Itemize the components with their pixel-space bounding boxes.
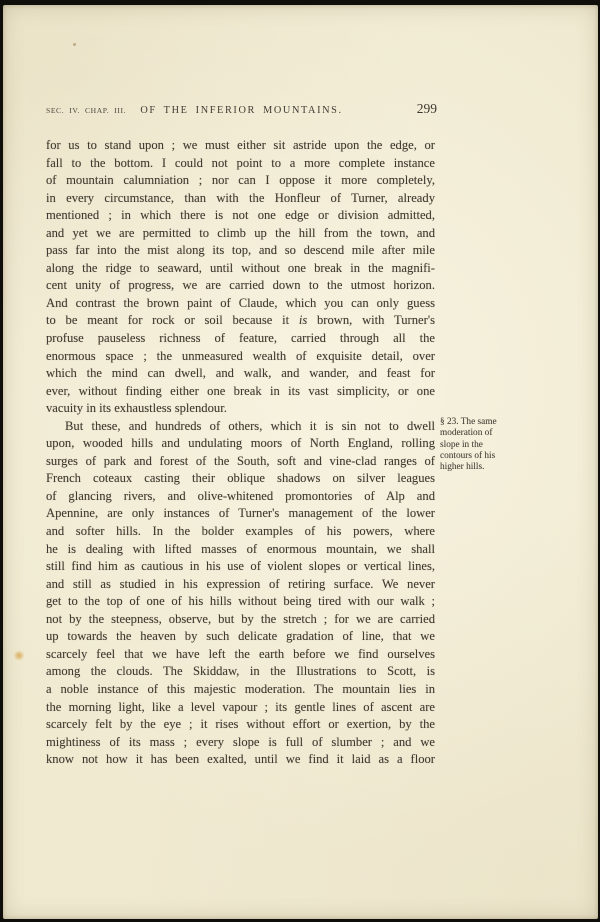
text-segment: which the mind can dwell, and walk, and … <box>46 366 435 380</box>
text-line: and still as studied in his expression o… <box>46 576 435 594</box>
stain-mark <box>14 651 24 660</box>
text-line: cent unity of progress, we are carried d… <box>46 277 435 295</box>
text-segment: and softer hills. In the bolder examples… <box>46 524 435 538</box>
text-line: up towards the heaven by such delicate g… <box>46 628 435 646</box>
margin-note-line: moderation of <box>440 428 590 439</box>
page-number: 299 <box>417 101 437 117</box>
text-line: among the clouds. The Skiddaw, in the Il… <box>46 663 435 681</box>
scan-frame: SEC. IV. CHAP. III. OF THE INFERIOR MOUN… <box>0 0 600 922</box>
text-line: he is dealing with lifted masses of enor… <box>46 541 435 559</box>
text-line: and softer hills. In the bolder examples… <box>46 523 435 541</box>
text-segment: a noble instance of this majestic modera… <box>46 682 435 696</box>
text-segment: the morning light, like a level vapour ;… <box>46 700 435 714</box>
text-line: to be meant for rock or soil because it … <box>46 312 435 330</box>
italic-word: is <box>299 313 307 327</box>
text-line: not by the steepness, observe, but by th… <box>46 611 435 629</box>
margin-note: § 23. The samemoderation ofslope in thec… <box>440 417 590 473</box>
text-segment: among the clouds. The Skiddaw, in the Il… <box>46 664 435 678</box>
text-line: But these, and hundreds of others, which… <box>46 418 435 436</box>
text-segment: know not how it has been exalted, until … <box>46 752 435 766</box>
text-line: in every circumstance, than with the Hon… <box>46 190 435 208</box>
text-line: fall to the bottom. I could not point to… <box>46 155 435 173</box>
margin-note-line: contours of his <box>440 451 590 462</box>
text-segment: And contrast the brown paint of Claude, … <box>46 296 435 310</box>
text-segment: scarcely felt by the eye ; it rises with… <box>46 717 435 731</box>
text-line: mightiness of its mass ; every slope is … <box>46 734 435 752</box>
text-line: along the ridge to seaward, until withou… <box>46 260 435 278</box>
text-segment: get to the top of one of his hills witho… <box>46 594 435 608</box>
text-line: the morning light, like a level vapour ;… <box>46 699 435 717</box>
text-segment: mightiness of its mass ; every slope is … <box>46 735 435 749</box>
text-segment: he is dealing with lifted masses of enor… <box>46 542 435 556</box>
text-segment: in every circumstance, than with the Hon… <box>46 191 435 205</box>
margin-note-line: slope in the <box>440 440 590 451</box>
text-segment: scarcely feel that we have left the eart… <box>46 647 435 661</box>
text-segment: not by the steepness, observe, but by th… <box>46 612 435 626</box>
text-line: of mountain calumniation ; nor can I opp… <box>46 172 435 190</box>
text-line: vacuity in its exhaustless splendour. <box>46 400 435 418</box>
text-line: scarcely felt by the eye ; it rises with… <box>46 716 435 734</box>
text-line: and yet we are permitted to climb up the… <box>46 225 435 243</box>
text-segment: Apennine, are only instances of Turner's… <box>46 506 435 520</box>
text-segment: vacuity in its exhaustless splendour. <box>46 401 227 415</box>
text-line: which the mind can dwell, and walk, and … <box>46 365 435 383</box>
text-line: know not how it has been exalted, until … <box>46 751 435 769</box>
text-line: enormous space ; the unmeasured wealth o… <box>46 348 435 366</box>
text-segment: up towards the heaven by such delicate g… <box>46 629 435 643</box>
running-title: OF THE INFERIOR MOUNTAINS. <box>46 105 437 116</box>
text-line: Apennine, are only instances of Turner's… <box>46 505 435 523</box>
text-segment: for us to stand upon ; we must either si… <box>46 138 435 152</box>
text-segment: fall to the bottom. I could not point to… <box>46 156 435 170</box>
body-text: for us to stand upon ; we must either si… <box>46 137 435 769</box>
text-segment: and yet we are permitted to climb up the… <box>46 226 435 240</box>
text-segment: cent unity of progress, we are carried d… <box>46 278 435 292</box>
text-line: And contrast the brown paint of Claude, … <box>46 295 435 313</box>
text-segment: pass far into the mist along its top, an… <box>46 243 435 257</box>
text-segment: of mountain calumniation ; nor can I opp… <box>46 173 435 187</box>
text-line: scarcely feel that we have left the eart… <box>46 646 435 664</box>
text-segment: along the ridge to seaward, until withou… <box>46 261 435 275</box>
text-line: of glancing rivers, and olive-whitened p… <box>46 488 435 506</box>
margin-note-line: § 23. The same <box>440 417 590 428</box>
speck-mark <box>73 43 76 46</box>
text-segment: enormous space ; the unmeasured wealth o… <box>46 349 435 363</box>
text-segment: upon, wooded hills and undulating moors … <box>46 436 435 450</box>
text-segment: and still as studied in his expression o… <box>46 577 435 591</box>
text-segment: mentioned ; in which there is not one ed… <box>46 208 435 222</box>
text-segment: of glancing rivers, and olive-whitened p… <box>46 489 435 503</box>
page-header: SEC. IV. CHAP. III. OF THE INFERIOR MOUN… <box>46 97 437 117</box>
text-line: for us to stand upon ; we must either si… <box>46 137 435 155</box>
text-segment: surges of park and forest of the South, … <box>46 454 435 468</box>
text-segment: to be meant for rock or soil because it <box>46 313 299 327</box>
text-segment: still find him as cautious in his use of… <box>46 559 435 573</box>
text-line: a noble instance of this majestic modera… <box>46 681 435 699</box>
text-line: upon, wooded hills and undulating moors … <box>46 435 435 453</box>
text-line: ever, without finding either one break i… <box>46 383 435 401</box>
text-line: pass far into the mist along its top, an… <box>46 242 435 260</box>
text-segment: French coteaux casting their oblique sha… <box>46 471 435 485</box>
text-segment: profuse pauseless richness of feature, c… <box>46 331 435 345</box>
text-line: profuse pauseless richness of feature, c… <box>46 330 435 348</box>
text-line: still find him as cautious in his use of… <box>46 558 435 576</box>
text-line: surges of park and forest of the South, … <box>46 453 435 471</box>
text-line: get to the top of one of his hills witho… <box>46 593 435 611</box>
margin-note-line: higher hills. <box>440 462 590 473</box>
text-segment: But these, and hundreds of others, which… <box>65 419 435 433</box>
text-segment: ever, without finding either one break i… <box>46 384 435 398</box>
book-page: SEC. IV. CHAP. III. OF THE INFERIOR MOUN… <box>3 5 598 919</box>
text-segment: brown, with Turner's <box>307 313 435 327</box>
text-line: mentioned ; in which there is not one ed… <box>46 207 435 225</box>
text-line: French coteaux casting their oblique sha… <box>46 470 435 488</box>
